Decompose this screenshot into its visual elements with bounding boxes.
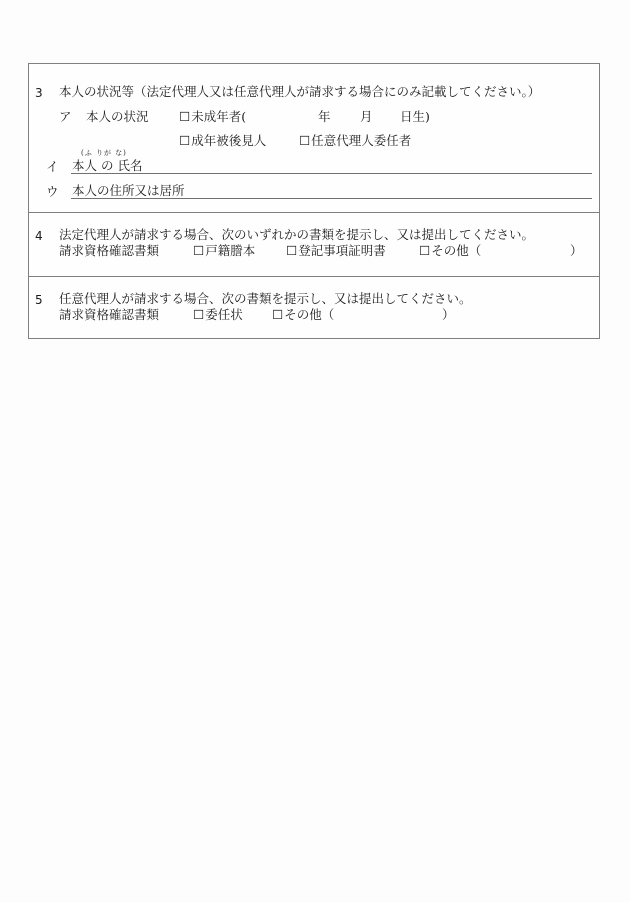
section-3-principal-status: 3 本人の状況等（法定代理人又は任意代理人が請求する場合にのみ記載してください。… — [29, 64, 599, 213]
principal-name-input[interactable] — [159, 158, 589, 172]
checkbox-icon[interactable]: ☐ — [272, 307, 283, 322]
birth-month-input[interactable] — [334, 112, 356, 124]
checkbox-other-5[interactable]: ☐その他（ — [272, 309, 334, 322]
checkbox-registry-certificate-label: 登記事項証明書 — [298, 243, 386, 258]
section-5-doc-label: 請求資格確認書類 — [59, 309, 159, 322]
checkbox-registry-certificate[interactable]: ☐登記事項証明書 — [286, 245, 386, 258]
other-5-close-paren: ） — [442, 309, 455, 322]
checkbox-family-register[interactable]: ☐戸籍謄本 — [193, 245, 255, 258]
section-5-instruction: 任意代理人が請求する場合、次の書類を提示し、又は提出してください。 — [59, 293, 472, 306]
checkbox-other-4-label: その他（ — [431, 243, 481, 258]
name-field-underline — [71, 173, 592, 174]
checkbox-other-4[interactable]: ☐その他（ — [419, 245, 481, 258]
furigana-label: (ふ りが な) — [81, 150, 127, 157]
item-u-marker: ウ — [46, 186, 59, 199]
checkbox-minor[interactable]: ☐未成年者( — [179, 111, 246, 124]
item-a-marker: ア — [59, 111, 72, 124]
checkbox-adult-ward[interactable]: ☐成年被後見人 — [179, 135, 266, 148]
checkbox-icon[interactable]: ☐ — [179, 133, 190, 148]
birth-year-input[interactable] — [262, 112, 312, 124]
section-4-number: 4 — [35, 230, 43, 242]
section-4-instruction: 法定代理人が請求する場合、次のいずれかの書類を提示し、又は提出してください。 — [59, 229, 534, 242]
checkbox-icon[interactable]: ☐ — [286, 243, 297, 258]
checkbox-adult-ward-label: 成年被後見人 — [191, 133, 266, 148]
item-u-label: 本人の住所又は居所 — [72, 185, 185, 198]
principal-address-input[interactable] — [199, 183, 589, 197]
checkbox-power-of-attorney[interactable]: ☐委任状 — [193, 309, 243, 322]
checkbox-family-register-label: 戸籍謄本 — [205, 243, 255, 258]
other-4-input[interactable] — [499, 245, 569, 258]
checkbox-icon[interactable]: ☐ — [193, 307, 204, 322]
section-5-voluntary-representative: 5 任意代理人が請求する場合、次の書類を提示し、又は提出してください。 請求資格… — [29, 277, 599, 338]
item-a-label: 本人の状況 — [86, 111, 149, 124]
other-4-close-paren: ） — [570, 245, 583, 258]
other-5-input[interactable] — [351, 309, 441, 322]
checkbox-other-5-label: その他（ — [284, 307, 334, 322]
checkbox-proxy-principal[interactable]: ☐任意代理人委任者 — [299, 135, 411, 148]
checkbox-icon[interactable]: ☐ — [299, 133, 310, 148]
birth-month-label: 月 — [360, 111, 373, 124]
section-4-legal-representative: 4 法定代理人が請求する場合、次のいずれかの書類を提示し、又は提出してください。… — [29, 213, 599, 277]
checkbox-power-of-attorney-label: 委任状 — [205, 307, 243, 322]
section-3-title: 本人の状況等（法定代理人又は任意代理人が請求する場合にのみ記載してください。） — [59, 86, 540, 99]
birth-day-label: 日生) — [400, 111, 430, 124]
section-5-number: 5 — [35, 294, 43, 306]
request-form-box: 3 本人の状況等（法定代理人又は任意代理人が請求する場合にのみ記載してください。… — [28, 63, 600, 339]
checkbox-icon[interactable]: ☐ — [419, 243, 430, 258]
checkbox-proxy-principal-label: 任意代理人委任者 — [311, 133, 411, 148]
item-i-label: 本人 の 氏名 — [72, 160, 142, 173]
checkbox-minor-label: 未成年者( — [191, 109, 246, 124]
address-field-underline — [71, 198, 592, 199]
birth-year-label: 年 — [318, 111, 331, 124]
section-4-doc-label: 請求資格確認書類 — [59, 245, 159, 258]
item-i-marker: イ — [46, 161, 59, 174]
checkbox-icon[interactable]: ☐ — [193, 243, 204, 258]
section-3-number: 3 — [35, 87, 43, 99]
birth-day-input[interactable] — [375, 112, 397, 124]
checkbox-icon[interactable]: ☐ — [179, 109, 190, 124]
